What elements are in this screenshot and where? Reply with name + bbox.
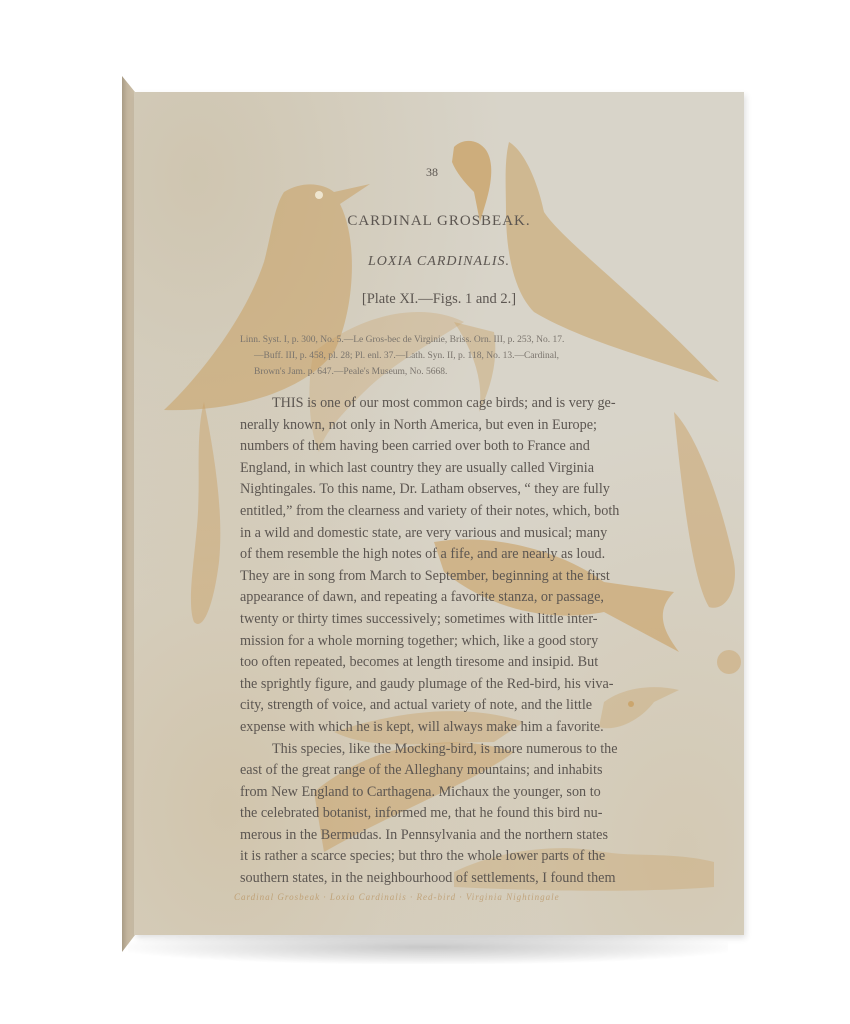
text-line: THIS is one of our most common cage bird… [240,393,626,415]
page-title: CARDINAL GROSBEAK. [134,213,744,230]
text-line: England, in which last country they are … [240,458,626,480]
reference-line: Linn. Syst. I, p. 300, No. 5.—Le Gros-be… [240,332,624,348]
text-line: it is rather a scarce species; but thro … [240,846,626,868]
text-line: nerally known, not only in North America… [240,415,626,437]
text-line: of them resemble the high notes of a fif… [240,544,626,566]
text-line: too often repeated, becomes at length ti… [240,652,626,674]
text-line: expense with which he is kept, will alwa… [240,717,626,739]
text-line: appearance of dawn, and repeating a favo… [240,587,626,609]
text-line: from New England to Carthagena. Michaux … [240,782,626,804]
text-line: They are in song from March to September… [240,566,626,588]
text-line: twenty or thirty times successively; som… [240,609,626,631]
text-line: the celebrated botanist, informed me, th… [240,803,626,825]
bibliographic-references: Linn. Syst. I, p. 300, No. 5.—Le Gros-be… [240,332,624,380]
plate-reference: [Plate XI.—Figs. 1 and 2.] [134,291,744,308]
reference-line: Brown's Jam. p. 647.—Peale's Museum, No.… [240,364,624,380]
text-line: This species, like the Mocking-bird, is … [240,739,626,761]
text-line: city, strength of voice, and actual vari… [240,695,626,717]
body-text: THIS is one of our most common cage bird… [240,393,626,890]
canvas-print: 38 CARDINAL GROSBEAK. LOXIA CARDINALIS. … [134,92,744,935]
text-line: merous in the Bermudas. In Pennsylvania … [240,825,626,847]
page-number: 38 [426,165,438,180]
text-line: Nightingales. To this name, Dr. Latham o… [240,479,626,501]
text-line: entitled,” from the clearness and variet… [240,501,626,523]
latin-name: LOXIA CARDINALIS. [134,254,744,270]
text-line: the sprightly figure, and gaudy plumage … [240,674,626,696]
text-line: southern states, in the neighbourhood of… [240,868,626,890]
text-line: mission for a whole morning together; wh… [240,631,626,653]
text-line: east of the great range of the Alleghany… [240,760,626,782]
plate-caption: Cardinal Grosbeak · Loxia Cardinalis · R… [234,892,654,902]
book-page: 38 CARDINAL GROSBEAK. LOXIA CARDINALIS. … [134,92,744,935]
text-line: numbers of them having been carried over… [240,436,626,458]
canvas-shadow [128,930,728,964]
text-line: in a wild and domestic state, are very v… [240,523,626,545]
reference-line: —Buff. III, p. 458, pl. 28; Pl. enl. 37.… [240,348,624,364]
